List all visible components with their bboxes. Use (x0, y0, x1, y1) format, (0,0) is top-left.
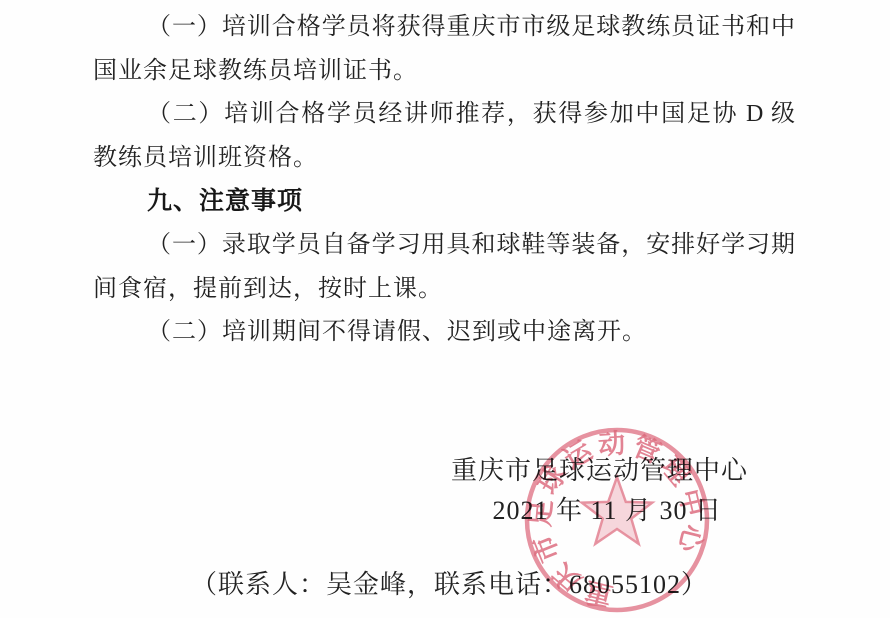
body-line: （二）培训期间不得请假、迟到或中途离开。 (93, 311, 795, 355)
seal-ring-char: 市 (528, 530, 566, 566)
document-page: （一）培训合格学员将获得重庆市市级足球教练员证书和中 国业余足球教练员培训证书。… (0, 0, 890, 618)
body-line: 教练员培训班资格。 (93, 137, 795, 181)
body-line: （一）培训合格学员将获得重庆市市级足球教练员证书和中 (93, 6, 795, 50)
body-line: 间食宿，提前到达，按时上课。 (93, 268, 795, 312)
signature-date: 2021 年 11 月 30 日 (492, 490, 722, 527)
signature-organization: 重庆市足球运动管理中心 (451, 450, 748, 487)
body-line: 国业余足球教练员培训证书。 (93, 50, 795, 94)
contact-line: （联系人：吴金峰，联系电话：68055102） (191, 564, 708, 601)
body-text-block: （一）培训合格学员将获得重庆市市级足球教练员证书和中 国业余足球教练员培训证书。… (93, 6, 795, 355)
body-line: （二）培训合格学员经讲师推荐，获得参加中国足协 D 级 (93, 93, 795, 137)
body-line: （一）录取学员自备学习用具和球鞋等装备，安排好学习期 (93, 224, 795, 268)
section-heading: 九、注意事项 (93, 180, 795, 224)
